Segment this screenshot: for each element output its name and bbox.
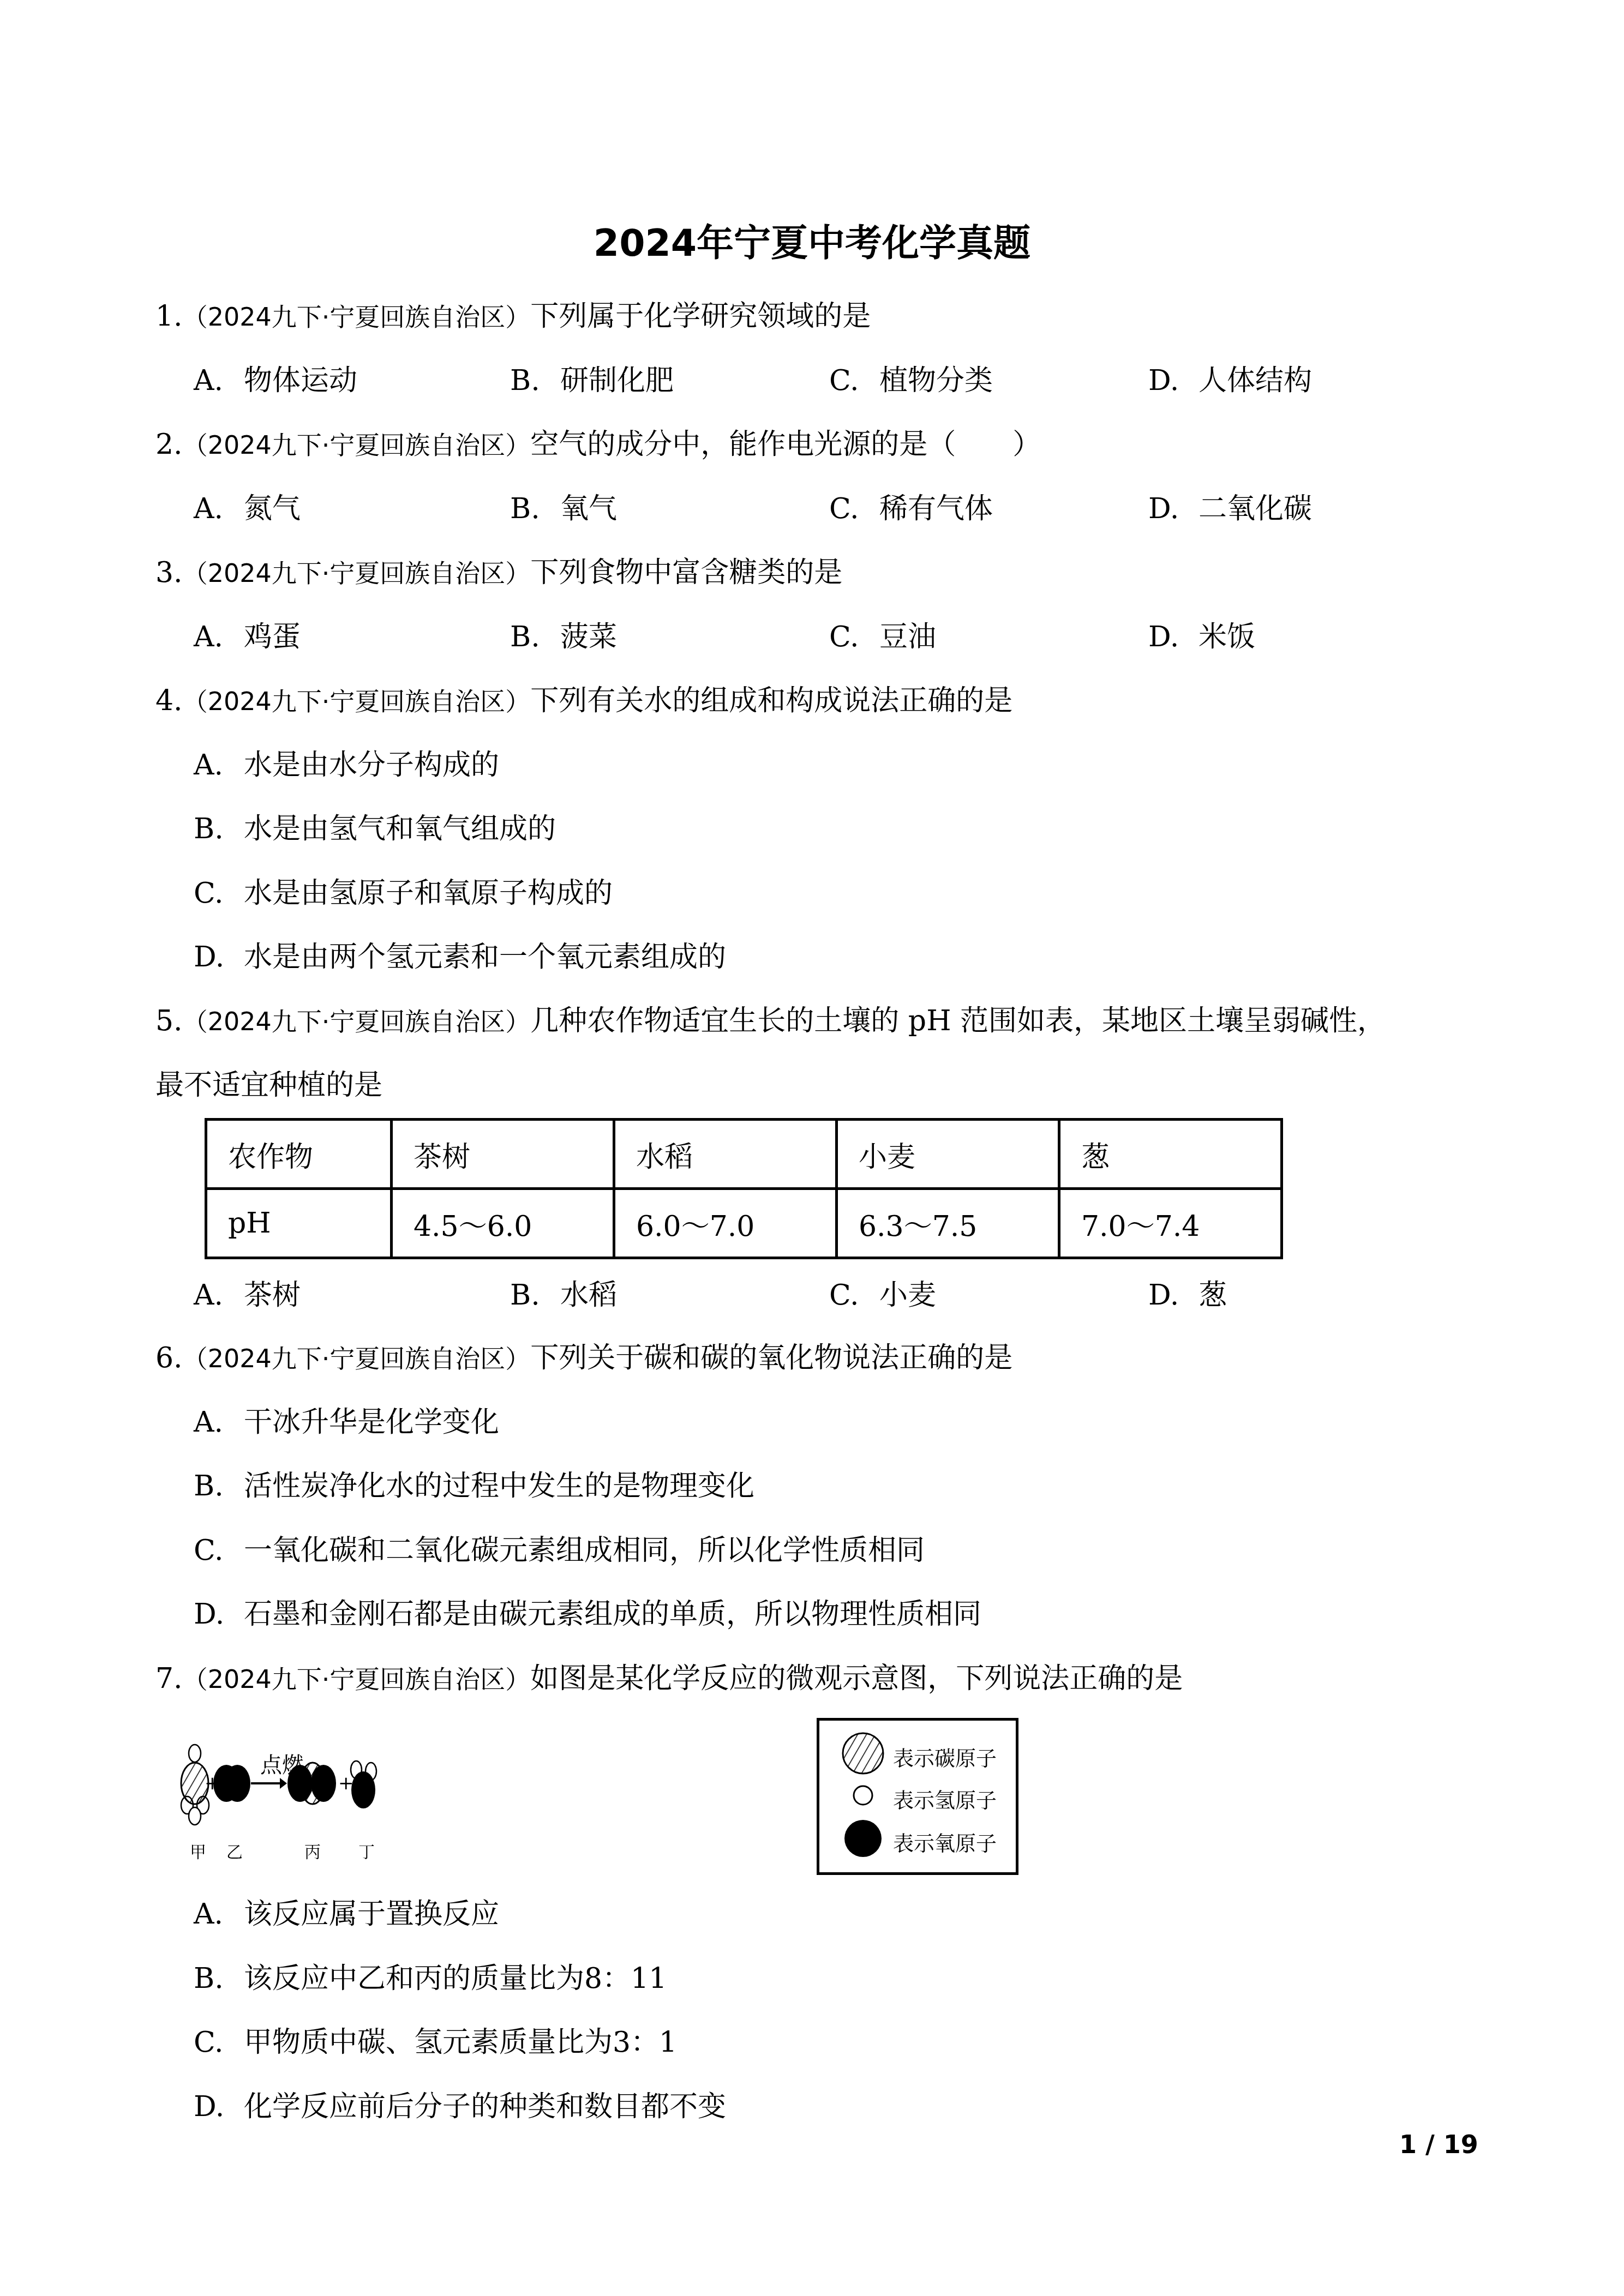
table-cell: 7.0～7.4 xyxy=(1059,1189,1282,1258)
option-b: B.研制化肥 xyxy=(510,362,674,400)
option-c: C.一氧化碳和二氧化碳元素组成相同，所以化学性质相同 xyxy=(194,1531,925,1570)
option-b: B.氧气 xyxy=(510,490,617,528)
question-5: 5.（2024九下·宁夏回族自治区）几种农作物适宜生长的土壤的 pH 范围如表，… xyxy=(155,1002,1386,1041)
question-7: 7.（2024九下·宁夏回族自治区）如图是某化学反应的微观示意图，下列说法正确的… xyxy=(155,1660,1183,1698)
question-text: 下列食物中富含糖类的是 xyxy=(530,556,842,589)
option-d: D.化学反应前后分子的种类和数目都不变 xyxy=(194,2088,726,2126)
table-cell: 4.5～6.0 xyxy=(392,1189,614,1258)
option-a: A.鸡蛋 xyxy=(194,618,301,656)
question-number: 3. xyxy=(155,556,183,589)
question-number: 2. xyxy=(155,428,183,461)
option-a: A.茶树 xyxy=(194,1276,301,1314)
water-molecule-icon xyxy=(351,1761,376,1808)
table-cell: 6.0～7.0 xyxy=(614,1189,837,1258)
hydrogen-atom-icon xyxy=(841,1782,885,1809)
question-number: 6. xyxy=(155,1342,183,1374)
option-a: A.氮气 xyxy=(194,490,301,528)
option-b: B.该反应中乙和丙的质量比为8：11 xyxy=(194,1960,667,1998)
option-c: C.甲物质中碳、氢元素质量比为3：1 xyxy=(194,2023,677,2061)
question-source: （2024九下·宁夏回族自治区） xyxy=(183,687,531,716)
option-c: C.水是由氢原子和氧原子构成的 xyxy=(194,874,613,912)
option-d: D.葱 xyxy=(1148,1276,1227,1314)
question-source: （2024九下·宁夏回族自治区） xyxy=(183,302,531,332)
page-number: 1 / 19 xyxy=(1399,2130,1478,2159)
question-text: 下列属于化学研究领域的是 xyxy=(530,300,871,333)
question-text: 空气的成分中，能作电光源的是（ ） xyxy=(530,428,1041,461)
table-cell: pH xyxy=(206,1189,392,1258)
question-source: （2024九下·宁夏回族自治区） xyxy=(183,1664,531,1694)
ph-table: 农作物 茶树 水稻 小麦 葱 pH 4.5～6.0 6.0～7.0 6.3～7.… xyxy=(205,1118,1283,1259)
table-cell: 葱 xyxy=(1059,1120,1282,1189)
label-bing: 丙 xyxy=(304,1843,321,1862)
option-d: D.石墨和金刚石都是由碳元素组成的单质，所以物理性质相同 xyxy=(194,1595,981,1633)
table-header-row: 农作物 茶树 水稻 小麦 葱 xyxy=(206,1120,1282,1189)
carbon-dioxide-molecule-icon xyxy=(287,1763,336,1804)
question-text: 几种农作物适宜生长的土壤的 pH 范围如表，某地区土壤呈弱碱性， xyxy=(530,1005,1386,1037)
option-d: D.水是由两个氢元素和一个氧元素组成的 xyxy=(194,938,726,976)
option-b: B.水稻 xyxy=(510,1276,617,1314)
oxygen-atom-icon xyxy=(841,1819,885,1860)
question-source: （2024九下·宁夏回族自治区） xyxy=(183,430,531,460)
question-number: 1. xyxy=(155,300,183,333)
reaction-arrow-icon xyxy=(251,1778,287,1789)
option-a: A.该反应属于置换反应 xyxy=(194,1895,499,1933)
page-title: 2024年宁夏中考化学真题 xyxy=(0,214,1624,267)
option-d: D.米饭 xyxy=(1148,618,1255,656)
label-ding: 丁 xyxy=(358,1843,375,1862)
reaction-diagram: + 点燃 + 甲 乙 丙 丁 xyxy=(180,1712,835,1887)
question-text: 下列关于碳和碳的氧化物说法正确的是 xyxy=(530,1342,1012,1374)
option-c: C.豆油 xyxy=(829,618,936,656)
question-2: 2.（2024九下·宁夏回族自治区）空气的成分中，能作电光源的是（ ） xyxy=(155,425,1041,464)
question-number: 5. xyxy=(155,1005,183,1037)
question-3: 3.（2024九下·宁夏回族自治区）下列食物中富含糖类的是 xyxy=(155,554,842,592)
option-c: C.植物分类 xyxy=(829,362,993,400)
question-source: （2024九下·宁夏回族自治区） xyxy=(183,1007,531,1036)
question-source: （2024九下·宁夏回族自治区） xyxy=(183,558,531,588)
diagram-legend: 表示碳原子 表示氢原子 表示氧原子 xyxy=(817,1718,1018,1875)
option-b: B.水是由氢气和氧气组成的 xyxy=(194,810,556,848)
carbon-atom-icon xyxy=(841,1732,885,1775)
option-a: A.干冰升华是化学变化 xyxy=(194,1403,499,1441)
table-cell: 农作物 xyxy=(206,1120,392,1189)
option-d: D.二氧化碳 xyxy=(1148,490,1312,528)
question-text: 下列有关水的组成和构成说法正确的是 xyxy=(530,684,1012,717)
option-b: B.菠菜 xyxy=(510,618,617,656)
question-number: 4. xyxy=(155,684,183,717)
question-6: 6.（2024九下·宁夏回族自治区）下列关于碳和碳的氧化物说法正确的是 xyxy=(155,1339,1012,1378)
question-5-continued: 最不适宜种植的是 xyxy=(155,1066,382,1104)
label-jia: 甲 xyxy=(190,1843,206,1862)
question-1: 1.（2024九下·宁夏回族自治区）下列属于化学研究领域的是 xyxy=(155,297,871,336)
question-4: 4.（2024九下·宁夏回族自治区）下列有关水的组成和构成说法正确的是 xyxy=(155,682,1012,720)
option-c: C.稀有气体 xyxy=(829,490,993,528)
question-text: 如图是某化学反应的微观示意图，下列说法正确的是 xyxy=(530,1662,1183,1695)
question-source: （2024九下·宁夏回族自治区） xyxy=(183,1344,531,1373)
table-cell: 6.3～7.5 xyxy=(837,1189,1059,1258)
label-yi: 乙 xyxy=(226,1843,243,1862)
oxygen-molecule-icon xyxy=(213,1765,250,1802)
table-cell: 水稻 xyxy=(614,1120,837,1189)
table-cell: 茶树 xyxy=(392,1120,614,1189)
table-row: pH 4.5～6.0 6.0～7.0 6.3～7.5 7.0～7.4 xyxy=(206,1189,1282,1258)
option-b: B.活性炭净化水的过程中发生的是物理变化 xyxy=(194,1467,754,1505)
option-d: D.人体结构 xyxy=(1148,362,1312,400)
option-a: A.水是由水分子构成的 xyxy=(194,746,499,784)
question-number: 7. xyxy=(155,1662,183,1695)
option-a: A.物体运动 xyxy=(194,362,357,400)
option-c: C.小麦 xyxy=(829,1276,936,1314)
table-cell: 小麦 xyxy=(837,1120,1059,1189)
